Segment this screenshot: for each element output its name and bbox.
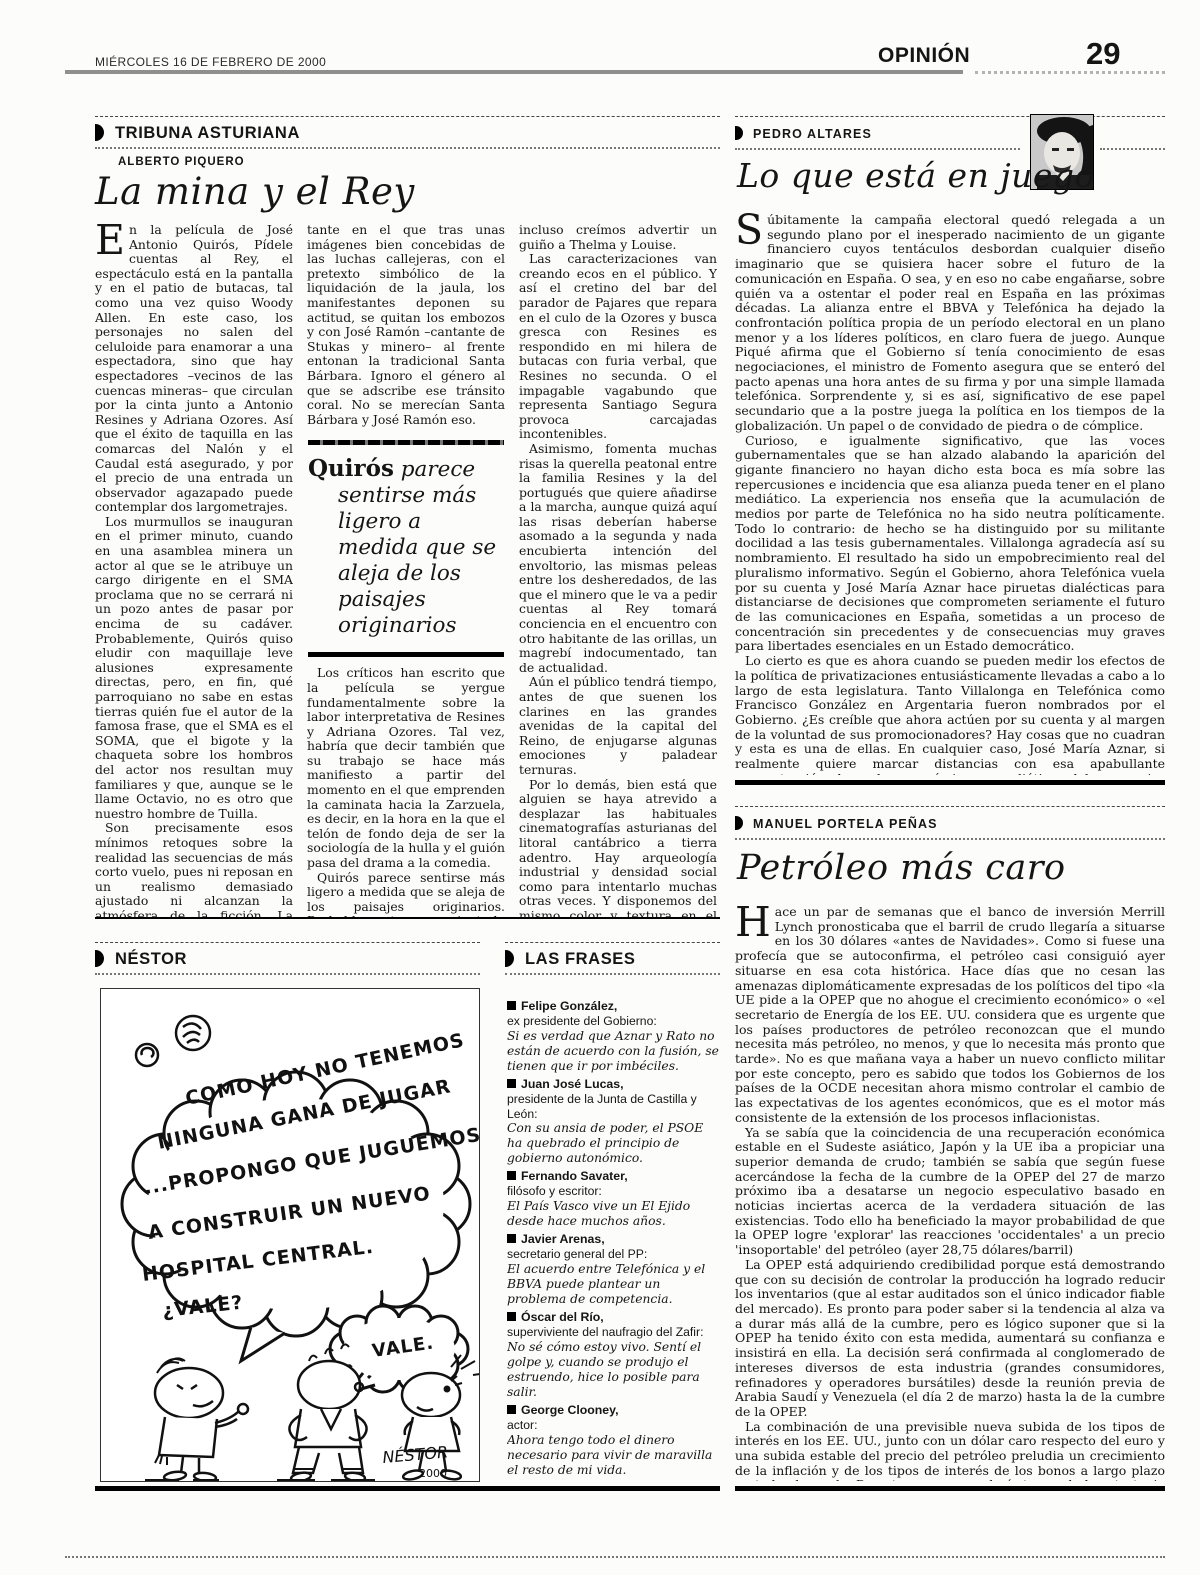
frase-quote: Si es verdad que Aznar y Rato no están d… [507, 1029, 719, 1074]
paragraph-text: ace un par de semanas que el banco de in… [735, 905, 1165, 1125]
altares-rule-mid2 [1100, 148, 1165, 150]
frase-quote: Ahora tengo todo el dinero necesario par… [507, 1433, 719, 1478]
article-paragraph: Los murmullos se inauguran en el primer … [95, 515, 293, 821]
frase-author: Javier Arenas, [507, 1232, 719, 1247]
article-paragraph: Ya se sabía que la coincidencia de una r… [735, 1126, 1165, 1258]
drop-cap: E [95, 223, 129, 257]
altares-rule-top [735, 116, 1165, 117]
header-rule-dotted [975, 71, 1165, 74]
frase-author-name: Felipe González, [521, 999, 617, 1013]
tribuna-column-2: tante en el que tras unas imágenes bien … [307, 223, 505, 919]
drop-cap: H [735, 905, 775, 939]
portela-bottom-rule [735, 1486, 1165, 1491]
frase-quote: No sé cómo estoy vivo. Sentí el golpe y,… [507, 1340, 719, 1400]
article-paragraph: tante en el que tras unas imágenes bien … [307, 223, 505, 427]
frases-label-text: LAS FRASES [525, 950, 636, 968]
frase-author-name: George Clooney, [521, 1403, 618, 1417]
section-bullet-icon [505, 950, 514, 967]
page-bottom-rule [65, 1556, 1165, 1558]
frase-author: George Clooney, [507, 1403, 719, 1418]
cartoonist-signature: NÉSTOR [382, 1442, 449, 1467]
portela-label-text: MANUEL PORTELA PEÑAS [753, 817, 938, 831]
newspaper-page: MIÉRCOLES 16 DE FEBRERO DE 2000 OPINIÓN … [0, 0, 1200, 1575]
frase-role: presidente de la Junta de Castilla y Leó… [507, 1092, 719, 1122]
tribuna-rule-top [95, 116, 720, 117]
cartoon-drawing: COMO HOY NO TENEMOS NINGUNA GANA DE JUGA… [101, 989, 479, 1481]
frases-rule-top [505, 942, 720, 943]
pull-quote-rule-bottom [308, 652, 504, 657]
editorial-cartoon: COMO HOY NO TENEMOS NINGUNA GANA DE JUGA… [100, 988, 480, 1482]
page-number: 29 [1086, 36, 1120, 72]
section-bullet-icon [95, 124, 104, 141]
frase-author: Fernando Savater, [507, 1169, 719, 1184]
article-paragraph: Súbitamente la campaña electoral quedó r… [735, 213, 1165, 434]
cartoon-year: 2000 [419, 1467, 447, 1480]
frase-role: secretario general del PP: [507, 1247, 719, 1262]
altares-section-label: PEDRO ALTARES [735, 126, 872, 141]
article-paragraph: Curioso, e igualmente significativo, que… [735, 434, 1165, 655]
altares-headline: Lo que está en juego [737, 156, 1095, 195]
section-bullet-icon [735, 126, 743, 140]
portela-rule-top [735, 806, 1165, 807]
page-date: MIÉRCOLES 16 DE FEBRERO DE 2000 [95, 55, 326, 69]
altares-article: Súbitamente la campaña electoral quedó r… [735, 213, 1165, 775]
frase-quote: El País Vasco vive un El Ejido desde hac… [507, 1199, 719, 1229]
section-title: OPINIÓN [878, 44, 970, 68]
pull-quote: Quirós parece sentirse más ligero a medi… [308, 440, 504, 657]
tribuna-column-3: incluso creímos advertir un guiño a Thel… [519, 223, 717, 919]
frase-item: Javier Arenas, secretario general del PP… [507, 1232, 719, 1307]
tribuna-rule-mid [95, 147, 720, 149]
tribuna-byline: ALBERTO PIQUERO [118, 156, 245, 168]
frase-quote: Con su ansia de poder, el PSOE ha quebra… [507, 1121, 719, 1166]
frase-item: Juan José Lucas, presidente de la Junta … [507, 1077, 719, 1167]
tribuna-rule-bottom [95, 917, 720, 919]
article-paragraph: incluso creímos advertir un guiño a Thel… [519, 223, 717, 252]
frase-item: Felipe González, ex presidente del Gobie… [507, 999, 719, 1074]
portela-article: Hace un par de semanas que el banco de i… [735, 905, 1165, 1481]
square-bullet-icon [507, 1312, 516, 1321]
tribuna-column-1: En la película de José Antonio Quirós, P… [95, 223, 293, 919]
frase-item: Óscar del Río, superviviente del naufrag… [507, 1310, 719, 1400]
frase-role: superviviente del naufragio del Zafir: [507, 1325, 719, 1340]
frase-role: actor: [507, 1418, 719, 1433]
pull-quote-rest: parece sentirse más ligero a medida que … [338, 457, 496, 638]
altares-label-text: PEDRO ALTARES [753, 127, 872, 141]
square-bullet-icon [507, 1405, 516, 1414]
article-paragraph: Las caracterizaciones van creando ecos e… [519, 252, 717, 442]
paragraph-text: n la película de José Antonio Quirós, Pí… [95, 223, 293, 514]
square-bullet-icon [507, 1234, 516, 1243]
tribuna-section-label: TRIBUNA ASTURIANA [95, 124, 300, 143]
nestor-rule-mid [95, 973, 480, 975]
cartoon-kid-left [145, 1358, 248, 1481]
pull-quote-lead: Quirós [308, 455, 394, 482]
pull-quote-text: Quirós parece sentirse más ligero a medi… [308, 456, 504, 639]
left-bottom-rule [95, 1486, 720, 1491]
square-bullet-icon [507, 1079, 516, 1088]
pull-quote-rule-top [308, 440, 504, 445]
portela-section-label: MANUEL PORTELA PEÑAS [735, 816, 938, 831]
frase-author-name: Juan José Lucas, [521, 1077, 624, 1091]
tribuna-label-text: TRIBUNA ASTURIANA [115, 124, 300, 142]
portela-headline: Petróleo más caro [737, 848, 1066, 888]
frase-item: Fernando Savater, filósofo y escritor: E… [507, 1169, 719, 1229]
header-rule [65, 70, 963, 74]
article-paragraph: Quirós parece sentirse más ligero a medi… [307, 871, 505, 919]
portela-rule-mid [735, 838, 1165, 840]
frase-item: George Clooney, actor: Ahora tengo todo … [507, 1403, 719, 1478]
frase-author: Óscar del Río, [507, 1310, 719, 1325]
frase-quote: El acuerdo entre Telefónica y el BBVA pu… [507, 1262, 719, 1307]
article-paragraph: Hace un par de semanas que el banco de i… [735, 905, 1165, 1126]
frase-author-name: Óscar del Río, [521, 1310, 604, 1324]
article-paragraph: Los críticos han escrito que la película… [307, 666, 505, 870]
speech-tail [241, 1327, 285, 1361]
section-bullet-icon [735, 816, 743, 830]
frase-author-name: Javier Arenas, [521, 1232, 605, 1246]
frases-rule-mid [505, 973, 720, 975]
frase-author: Juan José Lucas, [507, 1077, 719, 1092]
frase-role: ex presidente del Gobierno: [507, 1014, 719, 1029]
article-paragraph: La combinación de una previsible nueva s… [735, 1420, 1165, 1481]
drop-cap: S [735, 213, 767, 247]
article-paragraph: Aún el público tendrá tiempo, antes de q… [519, 675, 717, 777]
tribuna-headline: La mina y el Rey [95, 170, 415, 213]
article-paragraph: Lo cierto es que es ahora cuando se pued… [735, 654, 1165, 775]
frase-author: Felipe González, [507, 999, 719, 1014]
article-paragraph: Asimismo, fomenta muchas risas la querel… [519, 442, 717, 676]
nestor-section-label: NÉSTOR [95, 950, 187, 969]
frases-section-label: LAS FRASES [505, 950, 636, 969]
nestor-label-text: NÉSTOR [115, 950, 187, 968]
frase-role: filósofo y escritor: [507, 1184, 719, 1199]
frases-list: Felipe González, ex presidente del Gobie… [507, 996, 719, 1482]
thought-dots-icon [136, 1016, 210, 1066]
frase-author-name: Fernando Savater, [521, 1169, 628, 1183]
article-paragraph: La OPEP está adquiriendo credibilidad po… [735, 1258, 1165, 1420]
article-paragraph: Por lo demás, bien está que alguien se h… [519, 778, 717, 919]
article-paragraph: En la película de José Antonio Quirós, P… [95, 223, 293, 515]
section-bullet-icon [95, 950, 104, 967]
article-paragraph: Son precisamente esos mínimos retoques s… [95, 821, 293, 919]
nestor-rule-top [95, 942, 480, 943]
square-bullet-icon [507, 1001, 516, 1010]
altares-rule-mid [735, 148, 1020, 150]
altares-bottom-rule [735, 780, 1165, 785]
paragraph-text: úbitamente la campaña electoral quedó re… [735, 213, 1165, 433]
square-bullet-icon [507, 1171, 516, 1180]
